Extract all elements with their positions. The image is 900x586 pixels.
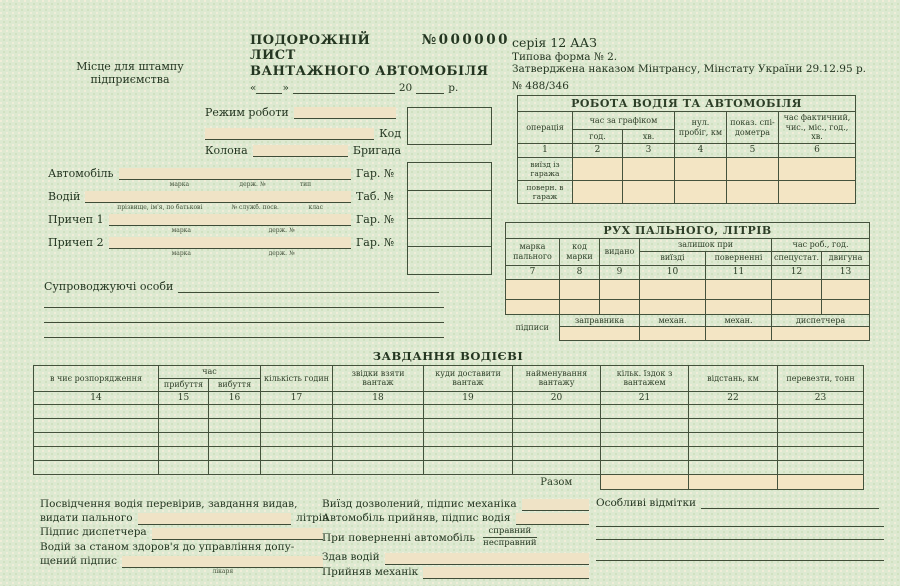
code-box-row-1 [408, 163, 491, 191]
col-num: 21 [601, 391, 689, 405]
empty-cell [689, 405, 778, 419]
empty-cell [513, 433, 601, 447]
col-deliver-to: куди доставити вантаж [424, 366, 513, 392]
empty-cell [706, 327, 772, 341]
serviceable-label: справний [483, 526, 536, 538]
empty-cell [689, 461, 778, 475]
col-num: 5 [727, 143, 779, 157]
empty-cell [209, 419, 261, 433]
trailer1-field: марка держ. № [109, 214, 351, 226]
col-num: 10 [640, 265, 706, 279]
empty-cell [506, 279, 560, 299]
row-depart-garage: виїзд із гаража [518, 157, 573, 180]
col-hours: год. [573, 129, 623, 143]
quote-close: » [282, 82, 288, 94]
empty-cell [513, 419, 601, 433]
empty-cell [34, 447, 159, 461]
empty-cell [623, 180, 675, 203]
admitted-signature-label: щений підпис [40, 554, 117, 568]
doc-number-label: № 488/346 [512, 80, 892, 92]
empty-cell [159, 405, 209, 419]
admitted-signature-field: лікаря [122, 556, 323, 568]
footer-left-block: Посвідчення водія перевірив, завдання ви… [40, 497, 328, 568]
empty-cell [560, 299, 600, 314]
garage-no-label-1: Гар. № [356, 167, 400, 180]
work-table-title: РОБОТА ВОДІЯ ТА АВТОМОБІЛЯ [518, 96, 856, 112]
col-fuel-brand: марка пального [506, 239, 560, 266]
health-admitted-label: Водій за станом здоров'я до управління д… [40, 540, 328, 554]
garage-no-label-3: Гар. № [356, 236, 400, 249]
empty-cell [772, 327, 870, 341]
trailer2-label: Причеп 2 [48, 236, 104, 249]
year-prefix: 20 [399, 82, 412, 94]
col-num: 15 [159, 391, 209, 405]
empty-cell [772, 299, 822, 314]
special-notes-field-2 [596, 526, 884, 527]
col-issued: видано [600, 239, 640, 266]
accompanying-label: Супроводжуючі особи [44, 280, 173, 293]
tab-no-label: Таб. № [356, 190, 400, 203]
doctor-sub-label: лікаря [212, 568, 233, 576]
vehicle-label: Автомобіль [48, 167, 114, 180]
col-cargo-name: найменування вантажу [513, 366, 601, 392]
col-num: 8 [560, 265, 600, 279]
col-remainder: залишок при [640, 239, 772, 252]
code-label: Код [379, 127, 401, 140]
empty-cell [640, 279, 706, 299]
empty-cell [779, 157, 856, 180]
driver-signature-field [516, 513, 589, 525]
special-notes-field-1 [701, 497, 879, 509]
issue-fuel-label: видати пального [40, 511, 133, 525]
driver-sub-class: клас [308, 204, 323, 211]
vehicle-sub-type: тип [300, 181, 311, 188]
accepted-mechanic-field [423, 567, 589, 579]
col-distance-km: відстань, км [689, 366, 778, 392]
empty-cell [778, 461, 864, 475]
col-num: 22 [689, 391, 778, 405]
empty-cell [261, 405, 333, 419]
empty-cell [261, 419, 333, 433]
departure-allowed-label: Виїзд дозволений, підпис механіка [322, 497, 517, 511]
trailer1-sub-make: марка [172, 227, 191, 234]
empty-cell [640, 327, 706, 341]
empty-cell [159, 419, 209, 433]
empty-cell [675, 157, 727, 180]
empty-cell [779, 180, 856, 203]
stamp-line2: підприємства [60, 73, 200, 86]
date-day-field [256, 82, 282, 94]
empty-cell [601, 447, 689, 461]
empty-cell [34, 419, 159, 433]
accompanying-field-2 [44, 307, 444, 308]
empty-cell [424, 461, 513, 475]
empty-cell [209, 447, 261, 461]
approved-label: Затверджена наказом Мінтрансу, Мінстату … [512, 63, 892, 75]
accompanying-field-3 [44, 322, 444, 323]
form-title-line1: ПОДОРОЖНІЙ ЛИСТ [250, 33, 405, 63]
empty-cell [34, 461, 159, 475]
empty-cell [727, 180, 779, 203]
empty-cell [778, 419, 864, 433]
empty-cell [513, 405, 601, 419]
handed-over-driver-field [385, 553, 589, 565]
empty-cell [778, 405, 864, 419]
empty-cell [600, 279, 640, 299]
col-departure: вибуття [209, 378, 261, 391]
special-notes-field-4 [596, 560, 884, 561]
total-cell-trips [601, 475, 689, 490]
empty-cell [600, 299, 640, 314]
col-hours-count: кількість годин [261, 366, 333, 392]
empty-cell [209, 461, 261, 475]
driver-sub-name: прізвище, ім'я, по батькові [117, 204, 202, 211]
col-num: 7 [506, 265, 560, 279]
mode-block: Режим роботи Код Колона Бригада [205, 106, 401, 157]
col-at-departure: виїзді [640, 251, 706, 265]
task-table: в чиє розпорядження час кількість годин … [33, 365, 864, 490]
trailer1-label: Причеп 1 [48, 213, 104, 226]
empty-cell [333, 405, 424, 419]
col-zero-run: нул. пробіг, км [675, 112, 727, 144]
on-return-label: При поверненні автомобіль [322, 531, 475, 545]
empty-cell [560, 279, 600, 299]
empty-cell [772, 279, 822, 299]
date-year-field [416, 82, 444, 94]
col-num: 14 [34, 391, 159, 405]
vehicle-sub-make: марка [170, 181, 189, 188]
empty-cell [623, 157, 675, 180]
empty-cell [601, 461, 689, 475]
vehicle-accepted-label: Автомобіль прийняв, підпис водія [322, 511, 511, 525]
empty-cell [424, 405, 513, 419]
col-arrival: прибуття [159, 378, 209, 391]
col-num: 9 [600, 265, 640, 279]
empty-cell [34, 405, 159, 419]
empty-cell [573, 157, 623, 180]
trailer2-sub-plate: держ. № [269, 250, 295, 257]
driver-field: прізвище, ім'я, по батькові № служб. пос… [85, 191, 351, 203]
footer-right-block: Особливі відмітки [596, 497, 884, 561]
empty-cell [601, 419, 689, 433]
task-table-title: ЗАВДАННЯ ВОДІЄВІ [33, 349, 863, 363]
col-pickup-from: звідки взяти вантаж [333, 366, 424, 392]
empty-cell [333, 419, 424, 433]
column-field [253, 145, 348, 157]
col-num: 6 [779, 143, 856, 157]
code-box-row-4 [408, 247, 491, 275]
empty-cell [261, 461, 333, 475]
col-special-equip: спецустат. [772, 251, 822, 265]
empty-cell [706, 279, 772, 299]
empty-cell [34, 433, 159, 447]
issue-fuel-field [138, 513, 292, 525]
col-tons: перевезти, тонн [778, 366, 864, 392]
condition-fraction: справний несправний [483, 526, 536, 549]
col-operation: операція [518, 112, 573, 144]
empty-cell [822, 279, 870, 299]
form-title-line2: ВАНТАЖНОГО АВТОМОБІЛЯ [250, 64, 510, 79]
empty-cell [689, 433, 778, 447]
col-trips-with-cargo: кільк. їздок з вантажем [601, 366, 689, 392]
vehicle-block: Автомобіль марка держ. № тип Гар. № Воді… [48, 167, 400, 249]
col-num: 4 [675, 143, 727, 157]
empty-cell [706, 299, 772, 314]
col-num: 2 [573, 143, 623, 157]
stamp-area: Місце для штампу підприємства [60, 60, 200, 86]
dispatcher-signature-label: Підпис диспетчера [40, 525, 147, 539]
col-num: 19 [424, 391, 513, 405]
total-label: Разом [513, 475, 601, 490]
col-actual-time: час фактичний, чис., міс., год., хв. [779, 112, 856, 144]
empty-cell [822, 299, 870, 314]
form-serial-number: №000000 [421, 32, 510, 48]
col-work-hours: час роб., год. [772, 239, 870, 252]
form-info-block: серія 12 ААЗ Типова форма № 2. Затвердже… [512, 35, 892, 92]
dispatcher-signature-field [152, 528, 323, 540]
col-brand-code: код марки [560, 239, 600, 266]
form-type-label: Типова форма № 2. [512, 51, 892, 63]
total-cell-tons [778, 475, 864, 490]
code-box-row-3 [408, 219, 491, 247]
sign-col-fueler: заправника [560, 314, 640, 327]
license-checked-label: Посвідчення водія перевірив, завдання ви… [40, 497, 328, 511]
empty-cell [159, 433, 209, 447]
col-num: 3 [623, 143, 675, 157]
brigade-label: Бригада [353, 144, 401, 157]
code-field [205, 128, 374, 140]
empty-cell [424, 419, 513, 433]
year-suffix: р. [448, 82, 458, 94]
work-mode-field [294, 107, 396, 119]
empty-cell [778, 447, 864, 461]
col-at-return: поверненні [706, 251, 772, 265]
work-mode-label: Режим роботи [205, 106, 289, 119]
date-month-field [293, 82, 395, 94]
empty-cell [778, 433, 864, 447]
special-notes-label: Особливі відмітки [596, 497, 696, 509]
series-label: серія 12 ААЗ [512, 35, 892, 50]
trailer1-sub-plate: держ. № [269, 227, 295, 234]
empty-cell [261, 433, 333, 447]
empty-cell [689, 447, 778, 461]
empty-cell [506, 299, 560, 314]
vehicle-field: марка держ. № тип [119, 168, 351, 180]
empty-cell [159, 461, 209, 475]
col-num: 18 [333, 391, 424, 405]
col-num: 16 [209, 391, 261, 405]
signatures-label: підписи [506, 314, 560, 341]
empty-cell [333, 447, 424, 461]
code-box-single [407, 107, 492, 145]
accompanying-field-4 [44, 337, 444, 338]
empty-cell [424, 433, 513, 447]
empty-cell [689, 419, 778, 433]
accompanying-field-1 [178, 281, 439, 293]
waybill-form: Місце для штампу підприємства ПОДОРОЖНІЙ… [0, 0, 900, 586]
fuel-table-title: РУХ ПАЛЬНОГО, ЛІТРІВ [506, 223, 870, 239]
empty-cell [675, 180, 727, 203]
empty-cell [640, 299, 706, 314]
sign-col-dispatcher: диспетчера [772, 314, 870, 327]
trailer2-sub-make: марка [172, 250, 191, 257]
col-odometer: показ. спі-дометра [727, 112, 779, 144]
row-return-garage: поверн. в гараж [518, 180, 573, 203]
empty-cell [601, 433, 689, 447]
empty-cell [333, 433, 424, 447]
empty-cell [159, 447, 209, 461]
col-num: 11 [706, 265, 772, 279]
date-line: « » 20 р. [250, 82, 510, 94]
col-engine: двигуна [822, 251, 870, 265]
empty-cell [513, 461, 601, 475]
handed-over-driver-label: Здав водій [322, 550, 380, 564]
empty-cell [573, 180, 623, 203]
mechanic-signature-field [522, 499, 589, 511]
col-num: 17 [261, 391, 333, 405]
empty-cell [601, 405, 689, 419]
code-box-grid [407, 162, 492, 275]
empty-cell [209, 405, 261, 419]
title-block: ПОДОРОЖНІЙ ЛИСТ №000000 ВАНТАЖНОГО АВТОМ… [250, 32, 510, 94]
razom-spacer [34, 475, 513, 490]
work-table: РОБОТА ВОДІЯ ТА АВТОМОБІЛЯ операція час … [517, 95, 856, 204]
empty-cell [727, 157, 779, 180]
col-at-disposal: в чиє розпорядження [34, 366, 159, 392]
task-section: ЗАВДАННЯ ВОДІЄВІ в чиє розпорядження час… [33, 349, 863, 490]
empty-cell [261, 447, 333, 461]
col-schedule-time: час за графіком [573, 112, 675, 130]
sign-col-mechanic-2: механ. [706, 314, 772, 327]
col-minutes: хв. [623, 129, 675, 143]
col-num: 23 [778, 391, 864, 405]
driver-sub-license: № служб. посв. [231, 204, 279, 211]
empty-cell [209, 433, 261, 447]
fuel-table: РУХ ПАЛЬНОГО, ЛІТРІВ марка пального код … [505, 222, 870, 341]
empty-cell [424, 447, 513, 461]
vehicle-sub-plate: держ. № [239, 181, 265, 188]
unserviceable-label: несправний [483, 538, 536, 549]
col-num: 1 [518, 143, 573, 157]
col-num: 12 [772, 265, 822, 279]
col-num: 13 [822, 265, 870, 279]
code-box-row-2 [408, 191, 491, 219]
column-label: Колона [205, 144, 248, 157]
stamp-line1: Місце для штампу [60, 60, 200, 73]
empty-cell [560, 327, 640, 341]
driver-label: Водій [48, 190, 80, 203]
special-notes-field-3 [596, 539, 884, 540]
accompanying-block: Супроводжуючі особи [44, 280, 444, 338]
accepted-mechanic-label: Прийняв механік [322, 565, 418, 579]
footer-middle-block: Виїзд дозволений, підпис механіка Автомо… [322, 497, 594, 579]
col-num: 20 [513, 391, 601, 405]
sign-col-mechanic-1: механ. [640, 314, 706, 327]
garage-no-label-2: Гар. № [356, 213, 400, 226]
empty-cell [513, 447, 601, 461]
total-cell-distance [689, 475, 778, 490]
trailer2-field: марка держ. № [109, 237, 351, 249]
col-time: час [159, 366, 261, 379]
empty-cell [333, 461, 424, 475]
